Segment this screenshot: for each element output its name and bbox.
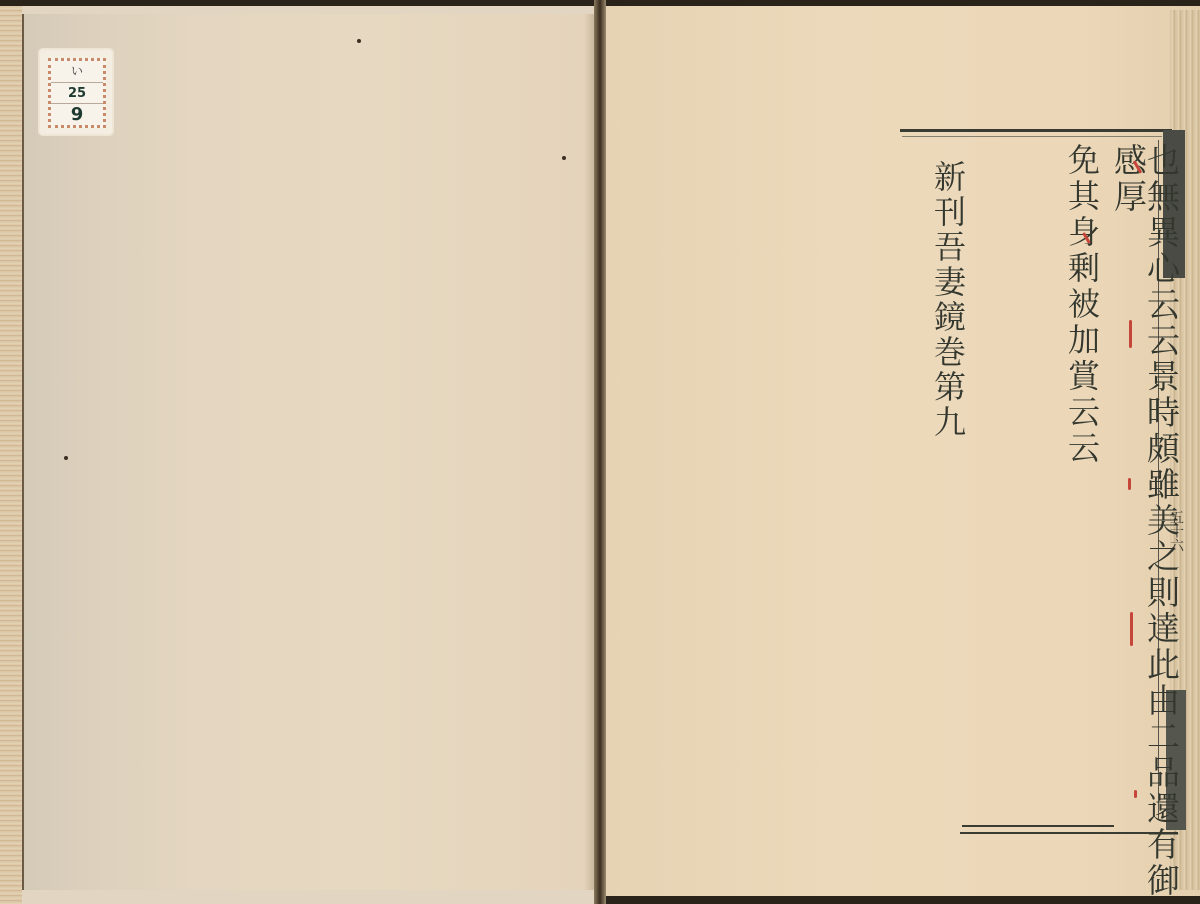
paper-spot [357,39,361,43]
left-endpaper [22,14,598,890]
frame-top-border [900,129,1172,132]
red-annotation-mark [1129,320,1132,348]
book-spread: い 25 9 五十六 也無異心云云景時頗雖美之則達此由二品還有御感厚 免其身剰被… [0,0,1200,904]
book-spine-gutter [594,0,606,904]
text-column-2: 免其身剰被加賞云云 [1066,143,1098,467]
library-label: い 25 9 [40,50,112,134]
label-number-top: 25 [51,83,103,105]
text-column-1: 也無異心云云景時頗雖美之則達此由二品還有御感厚 [1112,143,1178,904]
label-kana: い [51,61,103,83]
frame-bottom-border [962,825,1114,827]
label-number-bottom: 9 [51,104,103,125]
volume-title: 新刊吾妻鏡巻第九 [932,160,964,440]
red-annotation-mark [1128,478,1131,490]
red-annotation-mark [1134,790,1137,798]
paper-spot [562,156,566,160]
left-page-edges [0,6,22,904]
red-annotation-mark [1130,612,1133,646]
frame-top-inner-border [902,136,1162,137]
paper-spot [64,456,68,460]
right-text-page [606,6,1200,896]
label-frame: い 25 9 [48,58,106,128]
